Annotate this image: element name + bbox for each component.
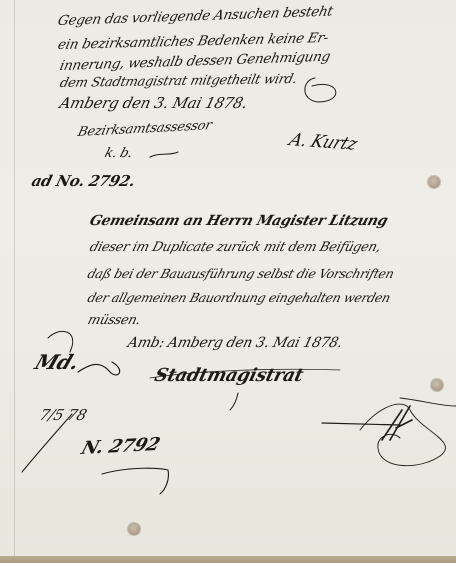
- signature-flourishes: [0, 0, 456, 556]
- page-bottom-edge: [0, 556, 456, 563]
- document-page: Gegen das vorliegende Ansuchen besteht e…: [0, 0, 456, 556]
